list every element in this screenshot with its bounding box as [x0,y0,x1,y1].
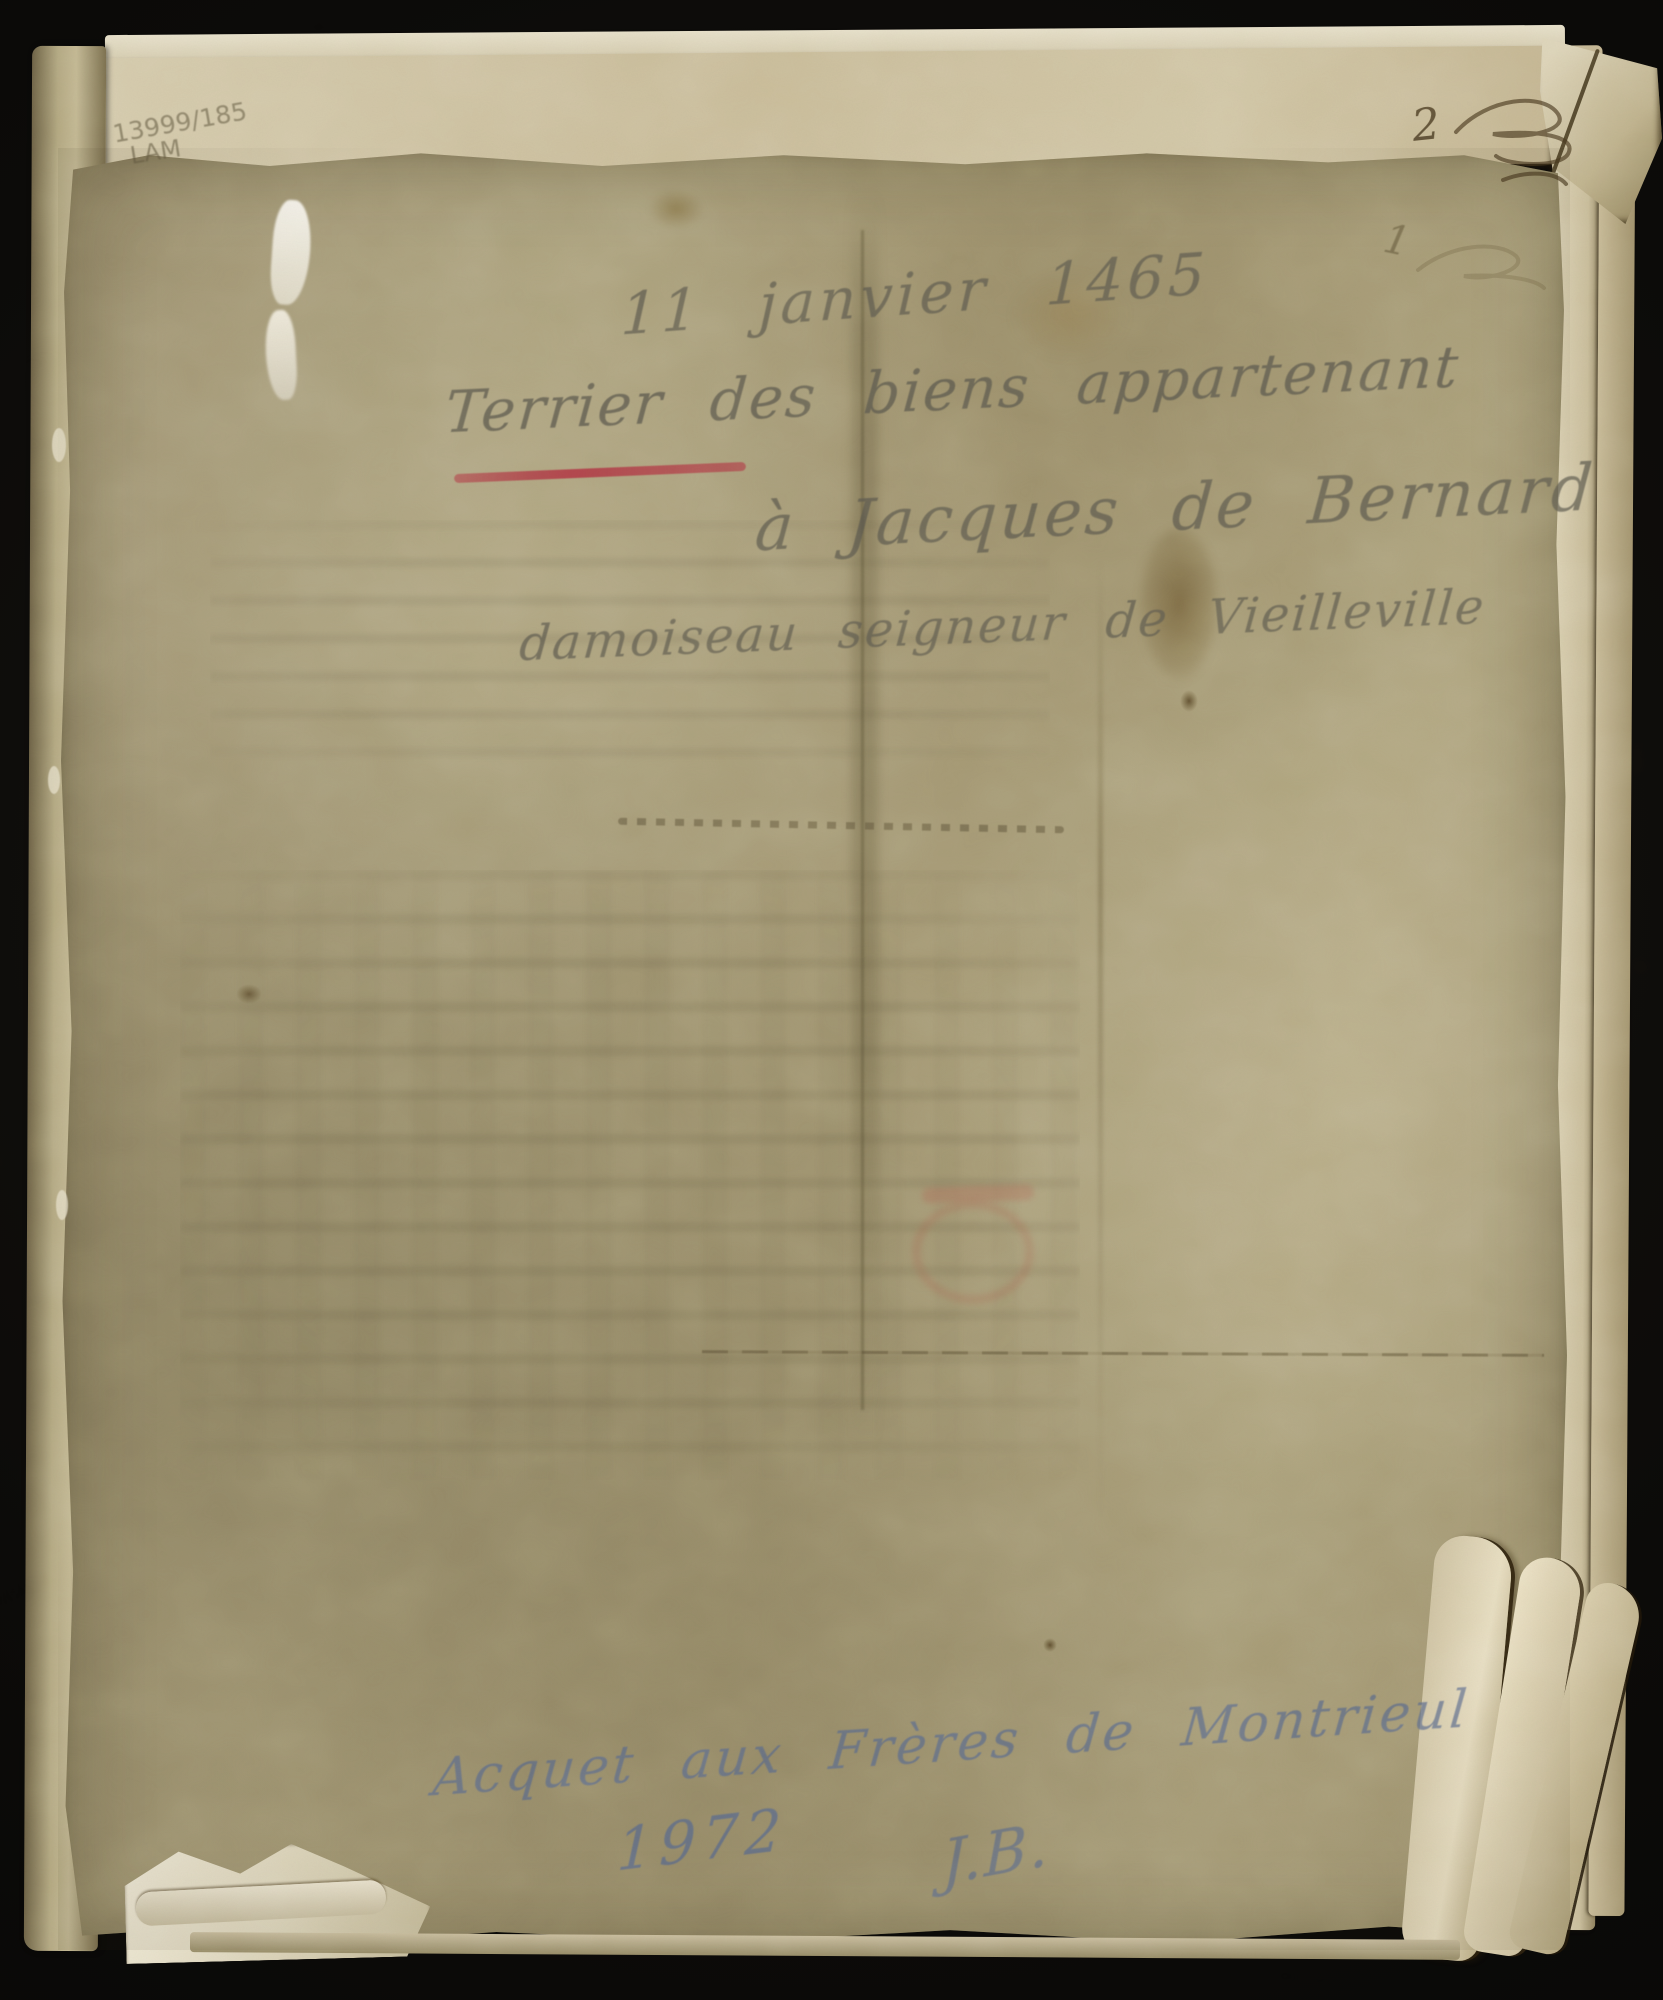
bleedthrough-text-lower [180,870,1080,1480]
vertical-crease-right [1098,560,1103,1520]
red-ring-stain [912,1200,1034,1304]
folio-number-mark-2: 2 [1409,99,1442,153]
archival-manuscript-photo: 11 janvier 1465 Terrier des biens appart… [0,0,1663,2000]
spine-fleck-1 [52,428,66,462]
brown-stain-top [648,188,704,230]
spine-fleck-2 [48,766,60,794]
small-spot-1 [1180,690,1198,712]
spine-fleck-3 [56,1190,68,1220]
top-underlying-page [48,45,1604,177]
small-spot-3 [1043,1638,1057,1652]
small-spot-2 [236,984,262,1004]
